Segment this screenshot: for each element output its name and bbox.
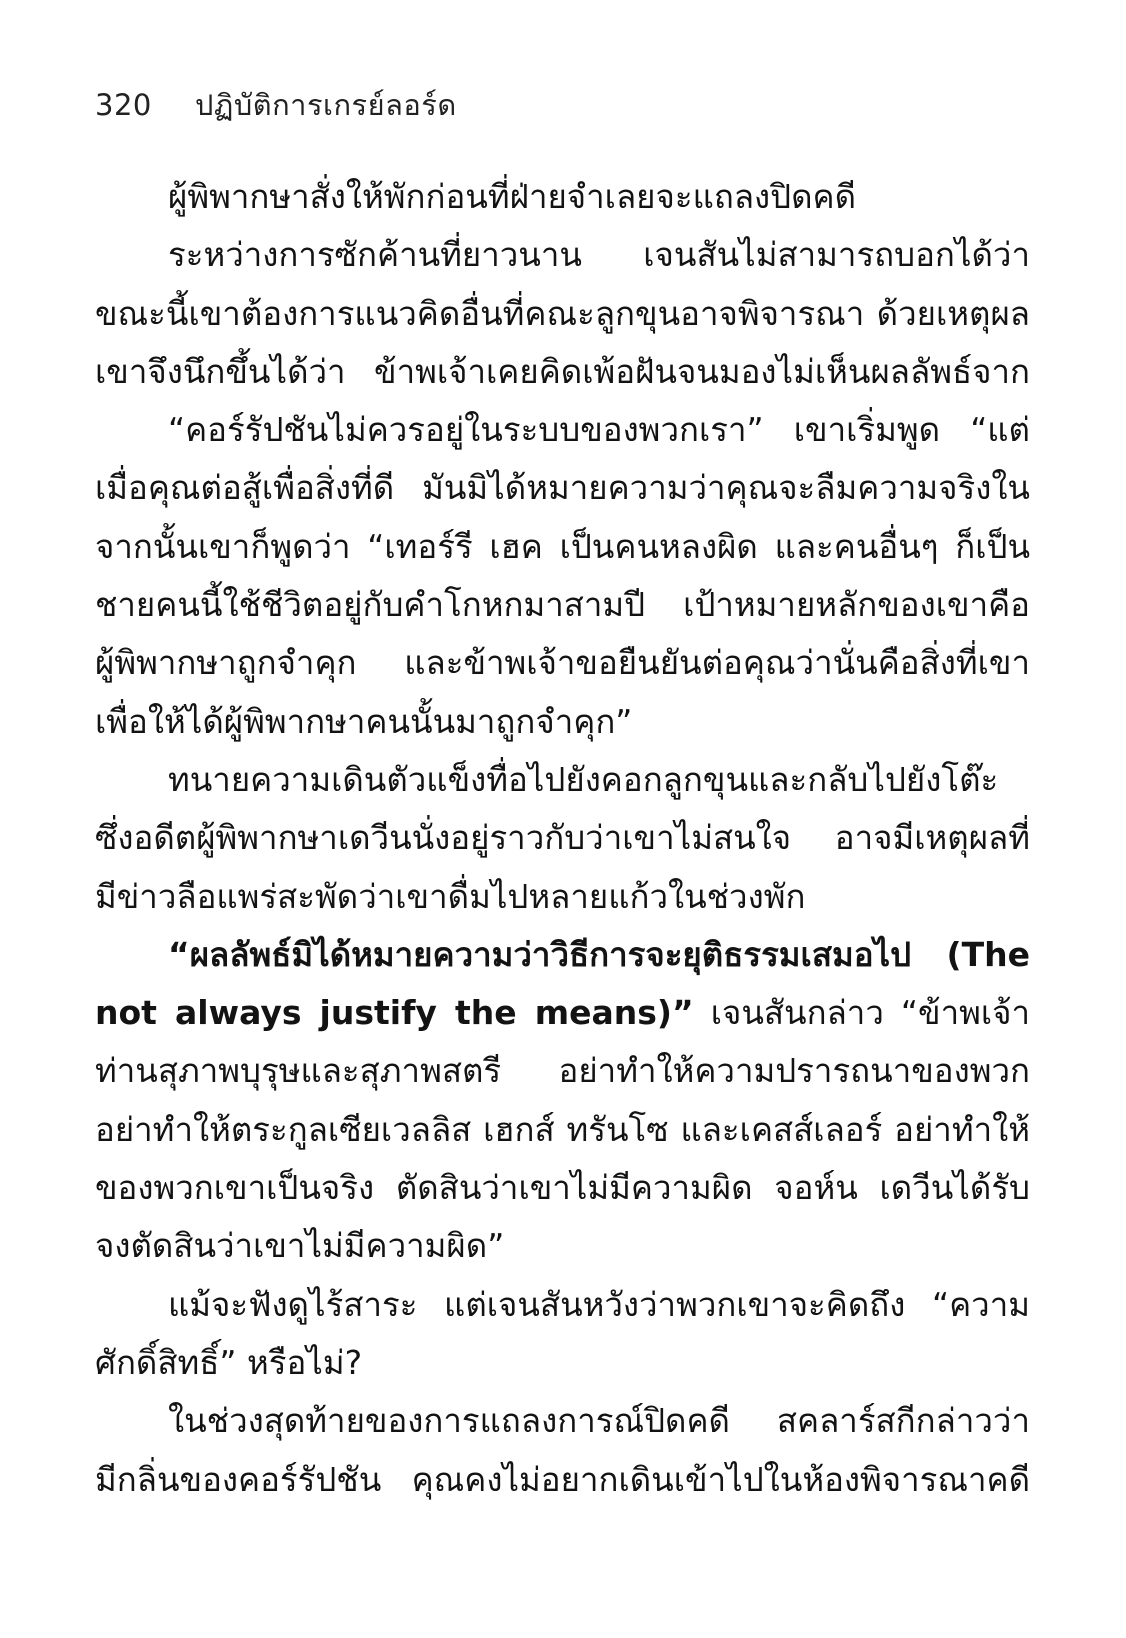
text-segment: ศักดิ์สิทธิ์” หรือไม่? <box>95 1343 362 1382</box>
text-line: จากนั้นเขาก็พูดว่า “เทอร์รี เฮค เป็นคนหล… <box>95 518 1030 576</box>
text-segment: เพื่อให้ได้ผู้พิพากษาคนนั้นมาถูกจำคุก” <box>95 702 632 741</box>
book-title: ปฏิบัติการเกรย์ลอร์ด <box>195 82 457 128</box>
text-segment: ของพวกเขาเป็นจริง ตัดสินว่าเขาไม่มีความผ… <box>95 1168 1030 1217</box>
text-line: ทนายความเดินตัวแข็งทื่อไปยังคอกลูกขุนและ… <box>95 751 1030 809</box>
text-segment: ท่านสุภาพบุรุษและสุภาพสตรี อย่าทำให้ความ… <box>95 1051 1030 1100</box>
text-line: อย่าทำให้ตระกูลเซียเวลลิส เฮกส์ ทรันโซ แ… <box>95 1101 1030 1159</box>
text-line: ผู้พิพากษาถูกจำคุก และข้าพเจ้าขอยืนยันต่… <box>95 634 1030 692</box>
text-segment: ซึ่งอดีตผู้พิพากษาเดวีนนั่งอยู่ราวกับว่า… <box>95 818 1030 867</box>
text-line: ขณะนี้เขาต้องการแนวคิดอื่นที่คณะลูกขุนอา… <box>95 285 1030 343</box>
text-segment: จงตัดสินว่าเขาไม่มีความผิด” <box>95 1226 504 1265</box>
text-line: มีกลิ่นของคอร์รัปชัน คุณคงไม่อยากเดินเข้… <box>95 1451 1030 1509</box>
text-line: ระหว่างการซักค้านที่ยาวนาน เจนสันไม่สามา… <box>95 226 1030 284</box>
text-segment: ขณะนี้เขาต้องการแนวคิดอื่นที่คณะลูกขุนอา… <box>95 294 1030 343</box>
text-line: เพื่อให้ได้ผู้พิพากษาคนนั้นมาถูกจำคุก” <box>95 693 1030 751</box>
text-segment: มีกลิ่นของคอร์รัปชัน คุณคงไม่อยากเดินเข้… <box>95 1460 1030 1509</box>
page-number: 320 <box>95 88 163 122</box>
text-segment: ชายคนนี้ใช้ชีวิตอยู่กับคำโกหกมาสามปี เป้… <box>95 585 1030 634</box>
text-segment: “คอร์รัปชันไม่ควรอยู่ในระบบของพวกเรา” เข… <box>95 410 1030 459</box>
text-segment: ผู้พิพากษาถูกจำคุก และข้าพเจ้าขอยืนยันต่… <box>95 643 1030 692</box>
text-line: ในช่วงสุดท้ายของการแถลงการณ์ปิดคดี สคลาร… <box>95 1392 1030 1450</box>
text-line: แม้จะฟังดูไร้สาระ แต่เจนสันหวังว่าพวกเขา… <box>95 1276 1030 1334</box>
text-segment: มีข่าวลือแพร่สะพัดว่าเขาดื่มไปหลายแก้วใน… <box>95 877 805 916</box>
text-line: not always justify the means)” เจนสันกล่… <box>95 984 1030 1042</box>
book-page: 320 ปฏิบัติการเกรย์ลอร์ด ผู้พิพากษาสั่งใ… <box>0 0 1126 1638</box>
text-line: เมื่อคุณต่อสู้เพื่อสิ่งที่ดี มันมิได้หมา… <box>95 459 1030 517</box>
body-text: ผู้พิพากษาสั่งให้พักก่อนที่ฝ่ายจำเลยจะแถ… <box>95 168 1030 1509</box>
text-segment: ระหว่างการซักค้านที่ยาวนาน เจนสันไม่สามา… <box>95 235 1030 284</box>
text-line: ท่านสุภาพบุรุษและสุภาพสตรี อย่าทำให้ความ… <box>95 1042 1030 1100</box>
text-segment: อย่าทำให้ตระกูลเซียเวลลิส เฮกส์ ทรันโซ แ… <box>95 1110 1030 1159</box>
text-segment: เขาจึงนึกขึ้นได้ว่า ข้าพเจ้าเคยคิดเพ้อฝั… <box>95 352 1030 401</box>
text-segment: แม้จะฟังดูไร้สาระ แต่เจนสันหวังว่าพวกเขา… <box>95 1285 1030 1334</box>
running-head: 320 ปฏิบัติการเกรย์ลอร์ด <box>95 82 1030 128</box>
text-line: “คอร์รัปชันไม่ควรอยู่ในระบบของพวกเรา” เข… <box>95 401 1030 459</box>
text-line: ของพวกเขาเป็นจริง ตัดสินว่าเขาไม่มีความผ… <box>95 1159 1030 1217</box>
bold-text-segment: not always justify the means)” <box>95 993 694 1032</box>
text-segment: จากนั้นเขาก็พูดว่า “เทอร์รี เฮค เป็นคนหล… <box>95 527 1030 576</box>
text-line: เขาจึงนึกขึ้นได้ว่า ข้าพเจ้าเคยคิดเพ้อฝั… <box>95 343 1030 401</box>
text-segment: ผู้พิพากษาสั่งให้พักก่อนที่ฝ่ายจำเลยจะแถ… <box>168 177 856 216</box>
text-segment: ในช่วงสุดท้ายของการแถลงการณ์ปิดคดี สคลาร… <box>95 1401 1030 1450</box>
text-line: มีข่าวลือแพร่สะพัดว่าเขาดื่มไปหลายแก้วใน… <box>95 868 1030 926</box>
text-line: ศักดิ์สิทธิ์” หรือไม่? <box>95 1334 1030 1392</box>
text-line: ผู้พิพากษาสั่งให้พักก่อนที่ฝ่ายจำเลยจะแถ… <box>95 168 1030 226</box>
text-line: ชายคนนี้ใช้ชีวิตอยู่กับคำโกหกมาสามปี เป้… <box>95 576 1030 634</box>
text-segment: ทนายความเดินตัวแข็งทื่อไปยังคอกลูกขุนและ… <box>95 760 998 809</box>
bold-text-segment: “ผลลัพธ์มิได้หมายความว่าวิธีการจะยุติธรร… <box>95 935 1030 984</box>
text-line: “ผลลัพธ์มิได้หมายความว่าวิธีการจะยุติธรร… <box>95 926 1030 984</box>
text-line: ซึ่งอดีตผู้พิพากษาเดวีนนั่งอยู่ราวกับว่า… <box>95 809 1030 867</box>
text-line: จงตัดสินว่าเขาไม่มีความผิด” <box>95 1217 1030 1275</box>
text-segment: เมื่อคุณต่อสู้เพื่อสิ่งที่ดี มันมิได้หมา… <box>95 468 1030 517</box>
